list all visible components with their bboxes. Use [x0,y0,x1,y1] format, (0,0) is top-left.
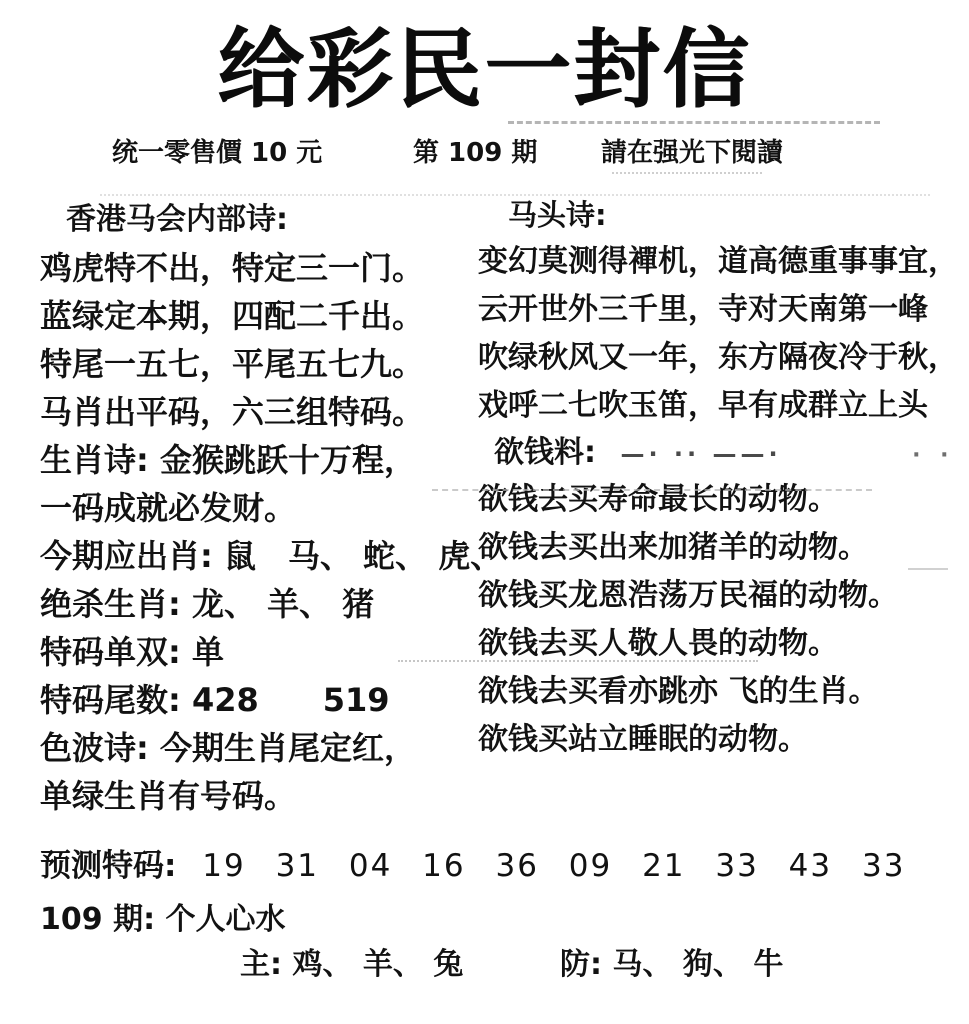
color-wave-poem-line: 色波诗: 今期生肖尾定红， [40,724,480,772]
clue-line: 欲钱去买看亦跳亦 飞的生肖。 [478,668,966,716]
excluded-zodiac-line: 绝杀生肖: 龙、 羊、 猪 [40,580,480,628]
poem-line: 鸡虎特不出，特定三一门。 [40,244,480,292]
clue-line: 欲钱买龙恩浩荡万民福的动物。 [478,572,966,620]
poem-line: 变幻莫测得襌机，道高德重事事宜， [478,238,966,286]
clue-line: 欲钱去买出来加猪羊的动物。 [478,524,966,572]
clue-line: 欲钱去买寿命最长的动物。 [478,476,966,524]
horse-head-poem-section: 马头诗: 变幻莫测得襌机，道高德重事事宜， 云开世外三千里，寺对天南第一峰 吹绿… [478,192,966,764]
main-pick-label: 主: 鸡、 羊、 兔 [240,944,463,986]
left-column-heading: 香港马会内部诗: [40,196,480,244]
page-title: 给彩民一封信 [0,22,969,118]
scan-artifact-dashes: —· ·· ——· [620,440,781,468]
expected-zodiac-line: 今期应出肖: 鼠 马、 蛇、 虎、 [40,532,480,580]
color-wave-poem-line: 单绿生肖有号码。 [40,772,480,820]
prediction-numbers: 19 31 04 16 36 09 21 33 43 33 [202,848,905,884]
guard-pick-label: 防: 马、 狗、 牛 [560,944,783,986]
prediction-row: 预测特码: 19 31 04 16 36 09 21 33 43 33 [40,846,905,886]
reading-notice-label: 請在强光下閱讀 [601,136,783,170]
scan-artifact-line [508,121,880,124]
clue-line: 欲钱买站立睡眠的动物。 [478,716,966,764]
clue-line: 欲钱去买人敬人畏的动物。 [478,620,966,668]
scan-artifact-dots: · · · · [912,443,969,468]
lottery-letter-page: 给彩民一封信 统一零售價 10 元 第 109 期 請在强光下閱讀 香港马会内部… [0,0,969,1024]
poem-line: 云开世外三千里，寺对天南第一峰 [478,286,966,334]
poem-line: 特尾一五七，平尾五七九。 [40,340,480,388]
tail-numbers-line: 特码尾数: 428 519 [40,676,480,724]
right-column-heading: 马头诗: [478,192,966,238]
poem-line: 蓝绿定本期，四配二千出。 [40,292,480,340]
header-info-row: 统一零售價 10 元 第 109 期 請在强光下閱讀 [0,136,969,170]
issue-number-label: 第 109 期 [413,136,537,170]
clue-label-row: 欲钱料: —· ·· ——· · · · · [478,430,966,476]
scan-artifact-dots [612,172,762,174]
main-guard-row: 主: 鸡、 羊、 兔 防: 马、 狗、 牛 [0,944,969,986]
price-label: 统一零售價 10 元 [112,136,322,170]
clue-label: 欲钱料: [494,435,596,470]
poem-line: 马肖出平码，六三组特码。 [40,388,480,436]
issue-personal-pick-line: 109 期: 个人心水 [40,900,286,940]
zodiac-poem-line: 生肖诗: 金猴跳跃十万程， [40,436,480,484]
zodiac-poem-line: 一码成就必发财。 [40,484,480,532]
prediction-label: 预测特码: [40,848,176,884]
odd-even-line: 特码单双: 单 [40,628,480,676]
hk-jockey-club-poem-section: 香港马会内部诗: 鸡虎特不出，特定三一门。 蓝绿定本期，四配二千出。 特尾一五七… [40,196,480,820]
poem-line: 戏呼二七吹玉笛，早有成群立上头 [478,382,966,430]
poem-line: 吹绿秋风又一年，东方隔夜冷于秋， [478,334,966,382]
